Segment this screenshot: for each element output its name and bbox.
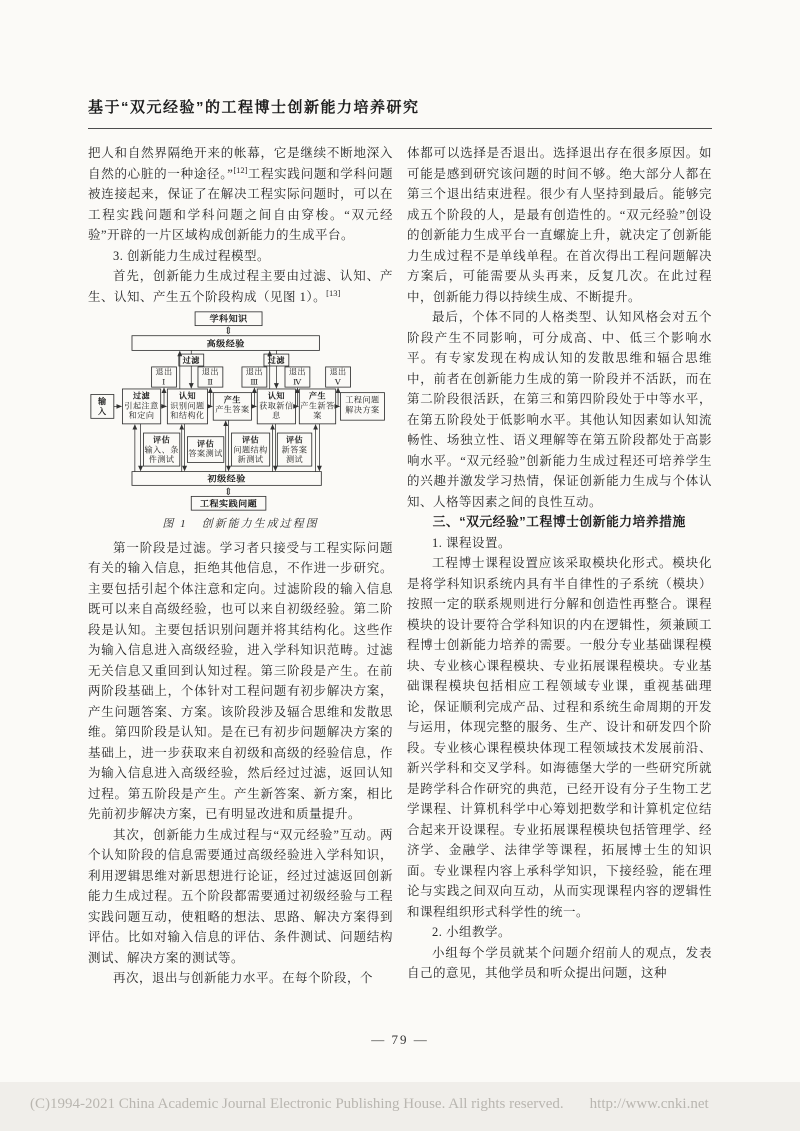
exit-1-label: 退出Ⅰ [155,367,172,387]
paragraph-text: 首先，创新能力生成过程主要由过滤、认知、产生、认知、产生五个阶段构成（见图 1）… [88,269,393,304]
two-column-body: 把人和自然界隔绝开来的帐幕，它是继续不断地深入自然的心脏的一种途径。”[12]工… [88,143,712,1011]
right-column: 体都可以选择是否退出。选择退出存在很多原因。如可能是感到研究该问题的时间不够。绝… [407,143,712,1011]
paragraph: 2. 小组教学。 [407,922,712,943]
paragraph: 1. 课程设置。 [407,533,712,554]
paragraph: 小组每个学员就某个问题介绍前人的观点，发表自己的意见，其他学员和听众提出问题，这… [407,943,712,984]
input-label: 输入 [97,396,107,416]
copyright-text: (C)1994-2021 China Academic Journal Elec… [30,1096,564,1112]
page-number: — 79 — [0,1032,800,1048]
primary-experience-label: 初级经验 [207,473,246,484]
stage-filter-label: 过滤引起注意和定向 [124,391,158,420]
advanced-experience-label: 高级经验 [207,337,245,348]
diagram-labels: 学科知识 ⇕ 高级经验 过滤 过滤 退出Ⅰ 退出Ⅱ 退出Ⅲ 退出Ⅳ 退出Ⅴ 输入… [97,313,380,509]
paragraph: 其次，创新能力生成过程与“双元经验”互动。两个认知阶段的信息需要通过高级经验进入… [88,825,393,969]
filter-right-label: 过滤 [267,355,286,365]
citation-ref-13: [13] [326,287,340,297]
paragraph: 工程博士课程设置应该采取模块化形式。模块化是将学科知识系统内具有半自律性的子系统… [407,553,712,922]
stage-cognition2-label: 认知获取新信息 [259,391,293,420]
process-diagram: 学科知识 ⇕ 高级经验 过滤 过滤 退出Ⅰ 退出Ⅱ 退出Ⅲ 退出Ⅳ 退出Ⅴ 输入… [88,310,394,512]
section-heading: 三、“双元经验”工程博士创新能力培养措施 [407,512,712,533]
citation-ref-12: [12] [233,164,247,174]
practice-problem-label: 工程实践问题 [200,498,257,509]
footer-text-row: (C)1994-2021 China Academic Journal Elec… [0,1082,800,1113]
paragraph: 3. 创新能力生成过程模型。 [88,246,393,267]
eval-2-label: 评估答案测试 [188,439,222,459]
figure-caption-text: 创新能力生成过程图 [202,518,319,530]
subject-knowledge-label: 学科知识 [209,313,248,324]
paragraph: 首先，创新能力生成过程主要由过滤、认知、产生、认知、产生五个阶段构成（见图 1）… [88,266,393,307]
paragraph: 体都可以选择是否退出。选择退出存在很多原因。如可能是感到研究该问题的时间不够。绝… [407,143,712,307]
paragraph: 第一阶段是过滤。学习者只接受与工程实际问题有关的输入信息，拒绝其他信息，不作进一… [88,538,393,825]
stage-generate2-label: 产生产生新答案 [300,391,334,420]
exit-5-label: 退出Ⅴ [329,367,346,387]
page-title: 基于“双元经验”的工程博士创新能力培养研究 [88,96,712,117]
footer-watermark: (C)1994-2021 China Academic Journal Elec… [0,1082,800,1131]
exit-3-label: 退出Ⅲ [246,367,263,387]
footer-url: http://www.cnki.net [590,1096,709,1112]
exit-2-label: 退出Ⅱ [202,367,219,387]
stage-generate1-label: 产生产生答案 [215,394,249,414]
updown-arrow-icon: ⇕ [224,326,233,337]
paper-page: 基于“双元经验”的工程博士创新能力培养研究 把人和自然界隔绝开来的帐幕，它是继续… [88,96,712,1011]
filter-left-label: 过滤 [182,355,201,365]
paragraph: 再次，退出与创新能力水平。在每个阶段，个 [88,968,393,989]
figure-1: 学科知识 ⇕ 高级经验 过滤 过滤 退出Ⅰ 退出Ⅱ 退出Ⅲ 退出Ⅳ 退出Ⅴ 输入… [88,310,393,535]
eval-1-label: 评估输入、条件测试 [144,435,178,464]
paragraph: 最后，个体不同的人格类型、认知风格会对五个阶段产生不同影响，可分成高、中、低三个… [407,307,712,512]
solution-label: 工程问题解决方案 [345,395,379,415]
eval-3-label: 评估问题结构新测试 [233,435,267,464]
stage-cognition1-label: 认知识别问题和结构化 [170,391,204,420]
figure-caption: 图 1创新能力生成过程图 [88,514,393,535]
eval-4-label: 评估新答案测试 [282,435,308,464]
figure-caption-label: 图 1 [162,518,187,530]
left-column: 把人和自然界隔绝开来的帐幕，它是继续不断地深入自然的心脏的一种途径。”[12]工… [88,143,393,1011]
exit-4-label: 退出Ⅳ [289,367,306,387]
updown-arrow-icon: ⇕ [224,487,233,498]
header-rule [88,128,712,129]
paragraph: 把人和自然界隔绝开来的帐幕，它是继续不断地深入自然的心脏的一种途径。”[12]工… [88,143,393,246]
